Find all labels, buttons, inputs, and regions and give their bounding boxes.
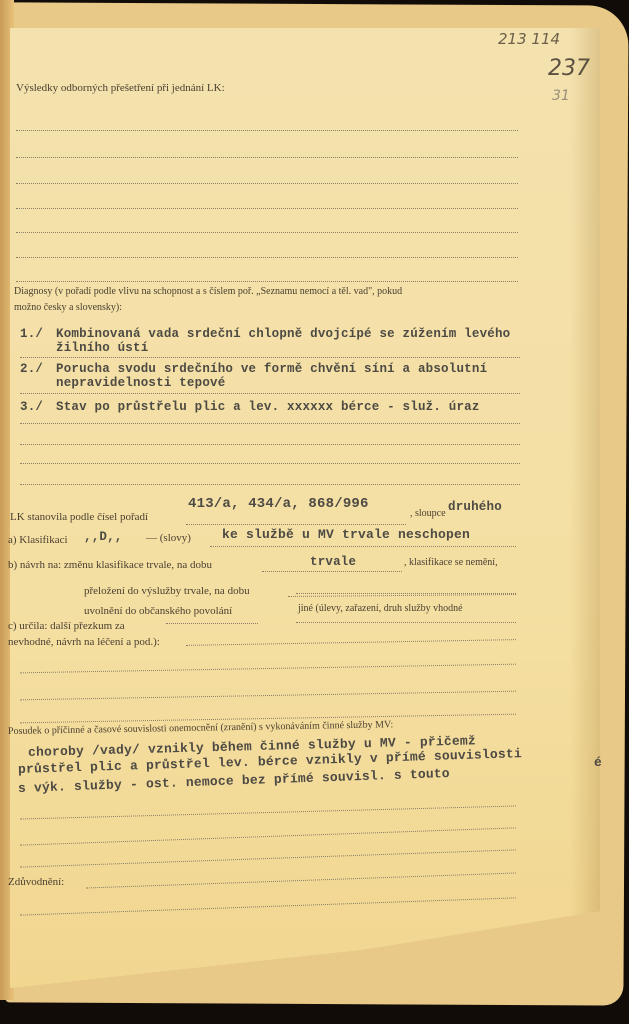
results-line-2 (16, 157, 518, 158)
diagnosis-2-line2: nepravidelnosti tepové (56, 376, 225, 390)
handwritten-sub-number: 31 (552, 88, 570, 104)
results-line-7 (16, 281, 518, 282)
results-line-3 (16, 183, 518, 184)
results-line-6 (16, 257, 518, 258)
diagnosis-line (20, 463, 520, 464)
diagnoses-label-2: možno česky a slovensky): (14, 302, 122, 313)
jine-label: jiné (úlevy, zařazení, druh služby vhodn… (298, 603, 463, 614)
prezkum-line (166, 623, 258, 624)
results-line-1 (16, 130, 518, 131)
diagnosis-2-line1: Porucha svodu srdečního ve formě chvění … (56, 362, 487, 376)
navrh-line (262, 571, 402, 572)
navrh-label: b) návrh na: změnu klasifikace trvale, n… (8, 559, 212, 571)
jine-line (296, 622, 516, 623)
results-line-5 (16, 232, 518, 233)
navrh-value: trvale (310, 555, 356, 569)
diagnosis-line (20, 423, 520, 424)
column-label: , sloupce (410, 508, 446, 519)
diagnosis-line (20, 484, 520, 485)
diagnosis-3-num: 3./ (20, 400, 43, 414)
urcila-label: c) určila: další přezkum za (8, 620, 125, 632)
prelozeni-label: přeložení do výslužby trvale, na dobu (84, 585, 250, 597)
slovy-value: ke službě u MV trvale neschopen (222, 527, 470, 542)
diagnosis-1-num: 1./ (20, 327, 43, 341)
uvolneni-label: uvolnění do občanského povolání (84, 605, 232, 617)
slovy-label: — (slovy) (146, 532, 191, 544)
lk-label: LK stanovila podle čísel pořadí (10, 511, 148, 523)
lk-value-line (186, 524, 406, 525)
diagnosis-2-num: 2./ (20, 362, 43, 376)
column-value: druhého (448, 500, 502, 514)
diagnosis-line (20, 357, 520, 358)
diagnosis-1-line2: žilního ústí (56, 341, 148, 355)
nevhodne-label: nevhodné, návrh na léčení a pod.): (8, 636, 160, 648)
results-line-4 (16, 208, 518, 209)
margin-mark: é (594, 755, 602, 770)
diagnosis-line (20, 393, 520, 394)
handwritten-top-number: 213 114 (498, 30, 560, 48)
diagnosis-3-line1: Stav po průstřelu plic a lev. xxxxxx bér… (56, 400, 480, 414)
lk-value: 413/a, 434/a, 868/996 (188, 496, 369, 512)
zduvodneni-label: Zdůvodnění: (8, 876, 64, 888)
slovy-line (210, 546, 516, 547)
diagnoses-label-1: Diagnosy (v pořadí podle vlivu na schopn… (14, 286, 402, 297)
diagnosis-line (20, 444, 520, 445)
results-label: Výsledky odborných přešetření při jednán… (16, 82, 225, 94)
page-edge-shadow (570, 28, 600, 988)
handwritten-page-number: 237 (548, 56, 590, 81)
diagnosis-1-line1: Kombinovaná vada srdeční chlopně dvojcíp… (56, 327, 510, 341)
klasifikace-label: a) Klasifikaci (8, 534, 68, 546)
klasifikace-value: ,,D,, (84, 530, 123, 544)
navrh-suffix: , klasifikace se nemění, (404, 557, 498, 568)
